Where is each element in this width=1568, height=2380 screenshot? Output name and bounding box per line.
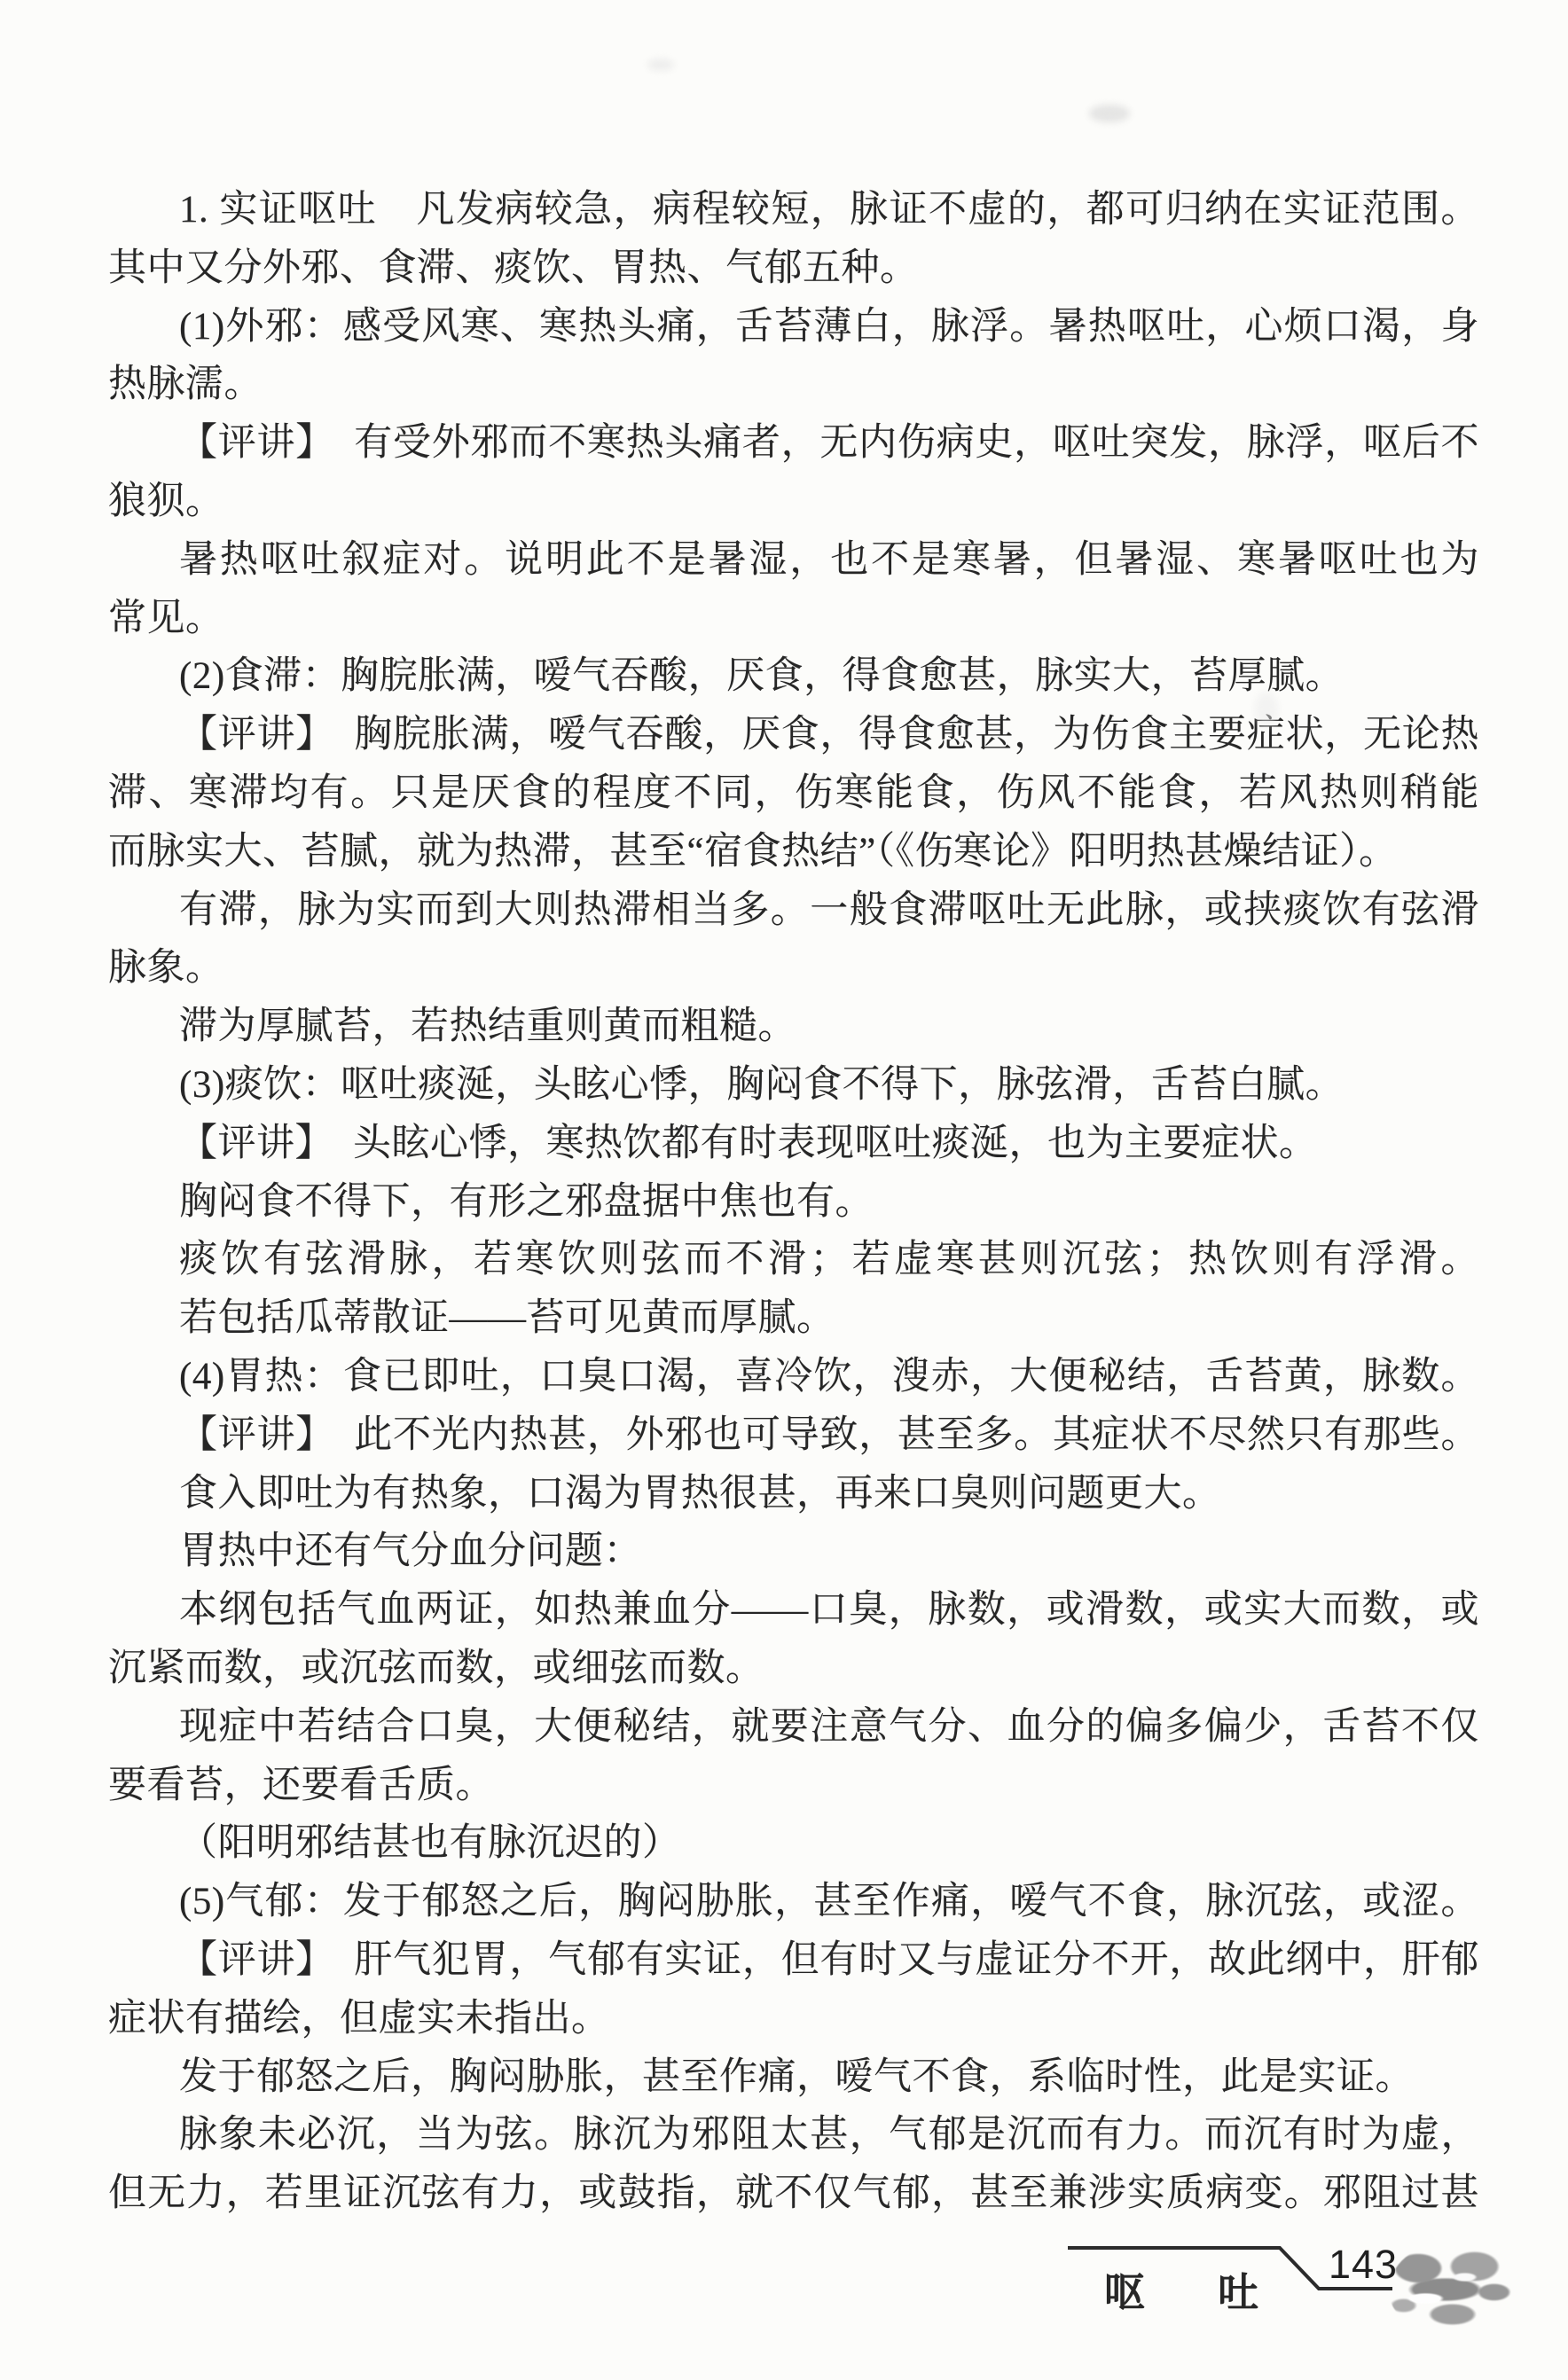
ink-stamp: [1389, 2243, 1511, 2332]
text-line: 【评讲】 有受外邪而不寒热头痛者，无内伤病史，呕吐突发，脉浮，呕后不: [108, 414, 1479, 473]
text-line: 沉紧而数，或沉弦而数，或细弦而数。: [108, 1640, 1479, 1698]
scan-smudge: [647, 59, 674, 71]
text-line: 发于郁怒之后，胸闷胁胀，甚至作痛，嗳气不食，系临时性，此是实证。: [108, 2048, 1479, 2107]
text-line: 热脉濡。: [108, 356, 1479, 414]
chapter-char: 呕: [1104, 2260, 1145, 2319]
text-line: 【评讲】 肝气犯胃，气郁有实证，但有时又与虚证分不开，故此纲中，肝郁: [108, 1931, 1479, 1990]
text-line: (4)胃热：食已即吐，口臭口渴，喜冷饮，溲赤，大便秘结，舌苔黄，脉数。: [108, 1348, 1479, 1406]
text-line: 暑热呕吐叙症对。说明此不是暑湿，也不是寒暑，但暑湿、寒暑呕吐也为: [108, 531, 1479, 590]
text-line: 【评讲】 头眩心悸，寒热饮都有时表现呕吐痰涎，也为主要症状。: [108, 1115, 1479, 1173]
text-line: 胸闷食不得下，有形之邪盘据中焦也有。: [108, 1173, 1479, 1232]
text-line: 症状有描绘，但虚实未指出。: [108, 1990, 1479, 2048]
scan-smudge: [1255, 692, 1278, 727]
text-line: 要看苔，还要看舌质。: [108, 1757, 1479, 1815]
text-line: (5)气郁：发于郁怒之后，胸闷胁胀，甚至作痛，嗳气不食，脉沉弦，或涩。: [108, 1873, 1479, 1931]
text-line: 胃热中还有气分血分问题：: [108, 1523, 1479, 1581]
text-line: (1)外邪：感受风寒、寒热头痛，舌苔薄白，脉浮。暑热呕吐，心烦口渴，身: [108, 298, 1479, 356]
text-line: 而脉实大、苔腻，就为热滞，甚至“宿食热结”（《伤寒论》阳明热甚燥结证）。: [108, 823, 1479, 881]
text-line: 本纲包括气血两证，如热兼血分——口臭，脉数，或滑数，或实大而数，或: [108, 1581, 1479, 1640]
text-line: 狼狈。: [108, 473, 1479, 531]
text-line: 现症中若结合口臭，大便秘结，就要注意气分、血分的偏多偏少，舌苔不仅: [108, 1698, 1479, 1757]
text-line: 有滞，脉为实而到大则热滞相当多。一般食滞呕吐无此脉，或挟痰饮有弦滑: [108, 881, 1479, 940]
text-line: 1. 实证呕吐 凡发病较急，病程较短，脉证不虚的，都可归纳在实证范围。: [108, 181, 1479, 239]
chapter-char: 吐: [1218, 2260, 1258, 2319]
body-text: 1. 实证呕吐 凡发病较急，病程较短，脉证不虚的，都可归纳在实证范围。 其中又分…: [108, 181, 1479, 2223]
chapter-footer-label: 呕 吐: [1104, 2260, 1258, 2319]
text-line: 但无力，若里证沉弦有力，或鼓指，就不仅气郁，甚至兼涉实质病变。邪阻过甚无: [108, 2165, 1479, 2223]
page-number: 143: [1329, 2242, 1398, 2288]
page: 1. 实证呕吐 凡发病较急，病程较短，脉证不虚的，都可归纳在实证范围。 其中又分…: [0, 0, 1568, 2380]
text-line: 滞为厚腻苔，若热结重则黄而粗糙。: [108, 998, 1479, 1056]
text-line: 食入即吐为有热象，口渴为胃热很甚，再来口臭则问题更大。: [108, 1465, 1479, 1523]
text-line: 痰饮有弦滑脉，若寒饮则弦而不滑；若虚寒甚则沉弦；热饮则有浮滑。: [108, 1231, 1479, 1289]
text-line: 若包括瓜蒂散证——苔可见黄而厚腻。: [108, 1289, 1479, 1348]
text-line: 脉象未必沉，当为弦。脉沉为邪阻太甚，气郁是沉而有力。而沉有时为虚，: [108, 2106, 1479, 2165]
text-line: 滞、寒滞均有。只是厌食的程度不同，伤寒能食，伤风不能食，若风热则稍能食。: [108, 764, 1479, 823]
text-line: 常见。: [108, 590, 1479, 648]
text-line: (3)痰饮：呕吐痰涎，头眩心悸，胸闷食不得下，脉弦滑，舌苔白腻。: [108, 1056, 1479, 1115]
text-line: 【评讲】 此不光内热甚，外邪也可导致，甚至多。其症状不尽然只有那些。: [108, 1406, 1479, 1465]
text-line: （阳明邪结甚也有脉沉迟的）: [108, 1814, 1479, 1873]
text-line: 脉象。: [108, 939, 1479, 998]
text-line: 其中又分外邪、食滞、痰饮、胃热、气郁五种。: [108, 239, 1479, 298]
scan-smudge: [1089, 105, 1130, 122]
